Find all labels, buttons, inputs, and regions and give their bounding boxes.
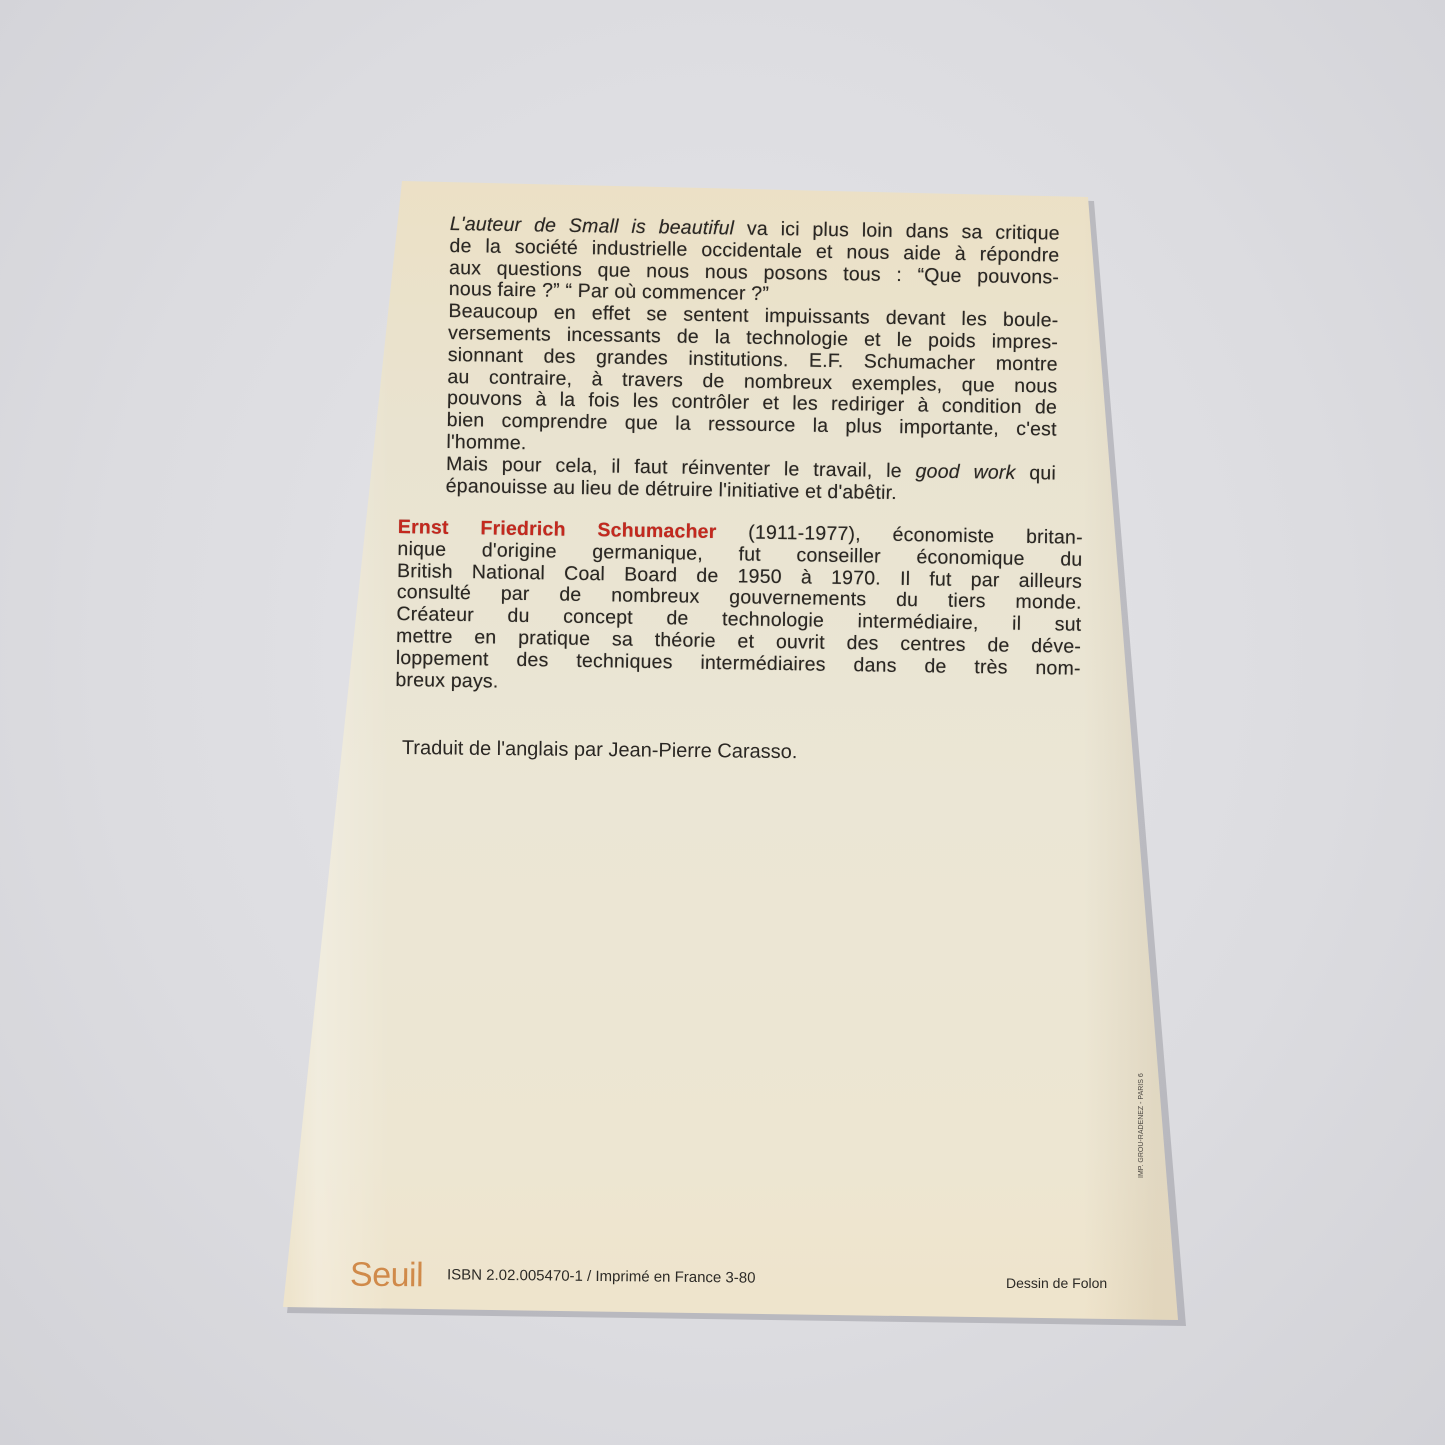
blurb-paragraph: L'auteur de Small is beautiful va ici pl…: [446, 214, 1060, 507]
italic-title: L'auteur de: [450, 213, 569, 237]
publisher-logo: Seuil: [350, 1256, 424, 1296]
italic-title: good work: [915, 460, 1015, 484]
illustrator-credit: Dessin de Folon: [1006, 1275, 1107, 1291]
author-biography: Ernst Friedrich Schumacher (1911-1977), …: [395, 517, 1083, 702]
text-run: qui: [1015, 462, 1056, 485]
translator-credit: Traduit de l'anglais par Jean-Pierre Car…: [402, 737, 798, 764]
isbn-line: ISBN 2.02.005470-1 / Imprimé en France 3…: [447, 1266, 756, 1286]
text-run: breux pays.: [395, 669, 498, 693]
text-run: l'homme.: [446, 431, 526, 454]
printer-mark: IMP. GROU-RADENEZ - PARIS 6: [1138, 1073, 1145, 1178]
italic-title: Small is beautiful: [569, 215, 735, 240]
